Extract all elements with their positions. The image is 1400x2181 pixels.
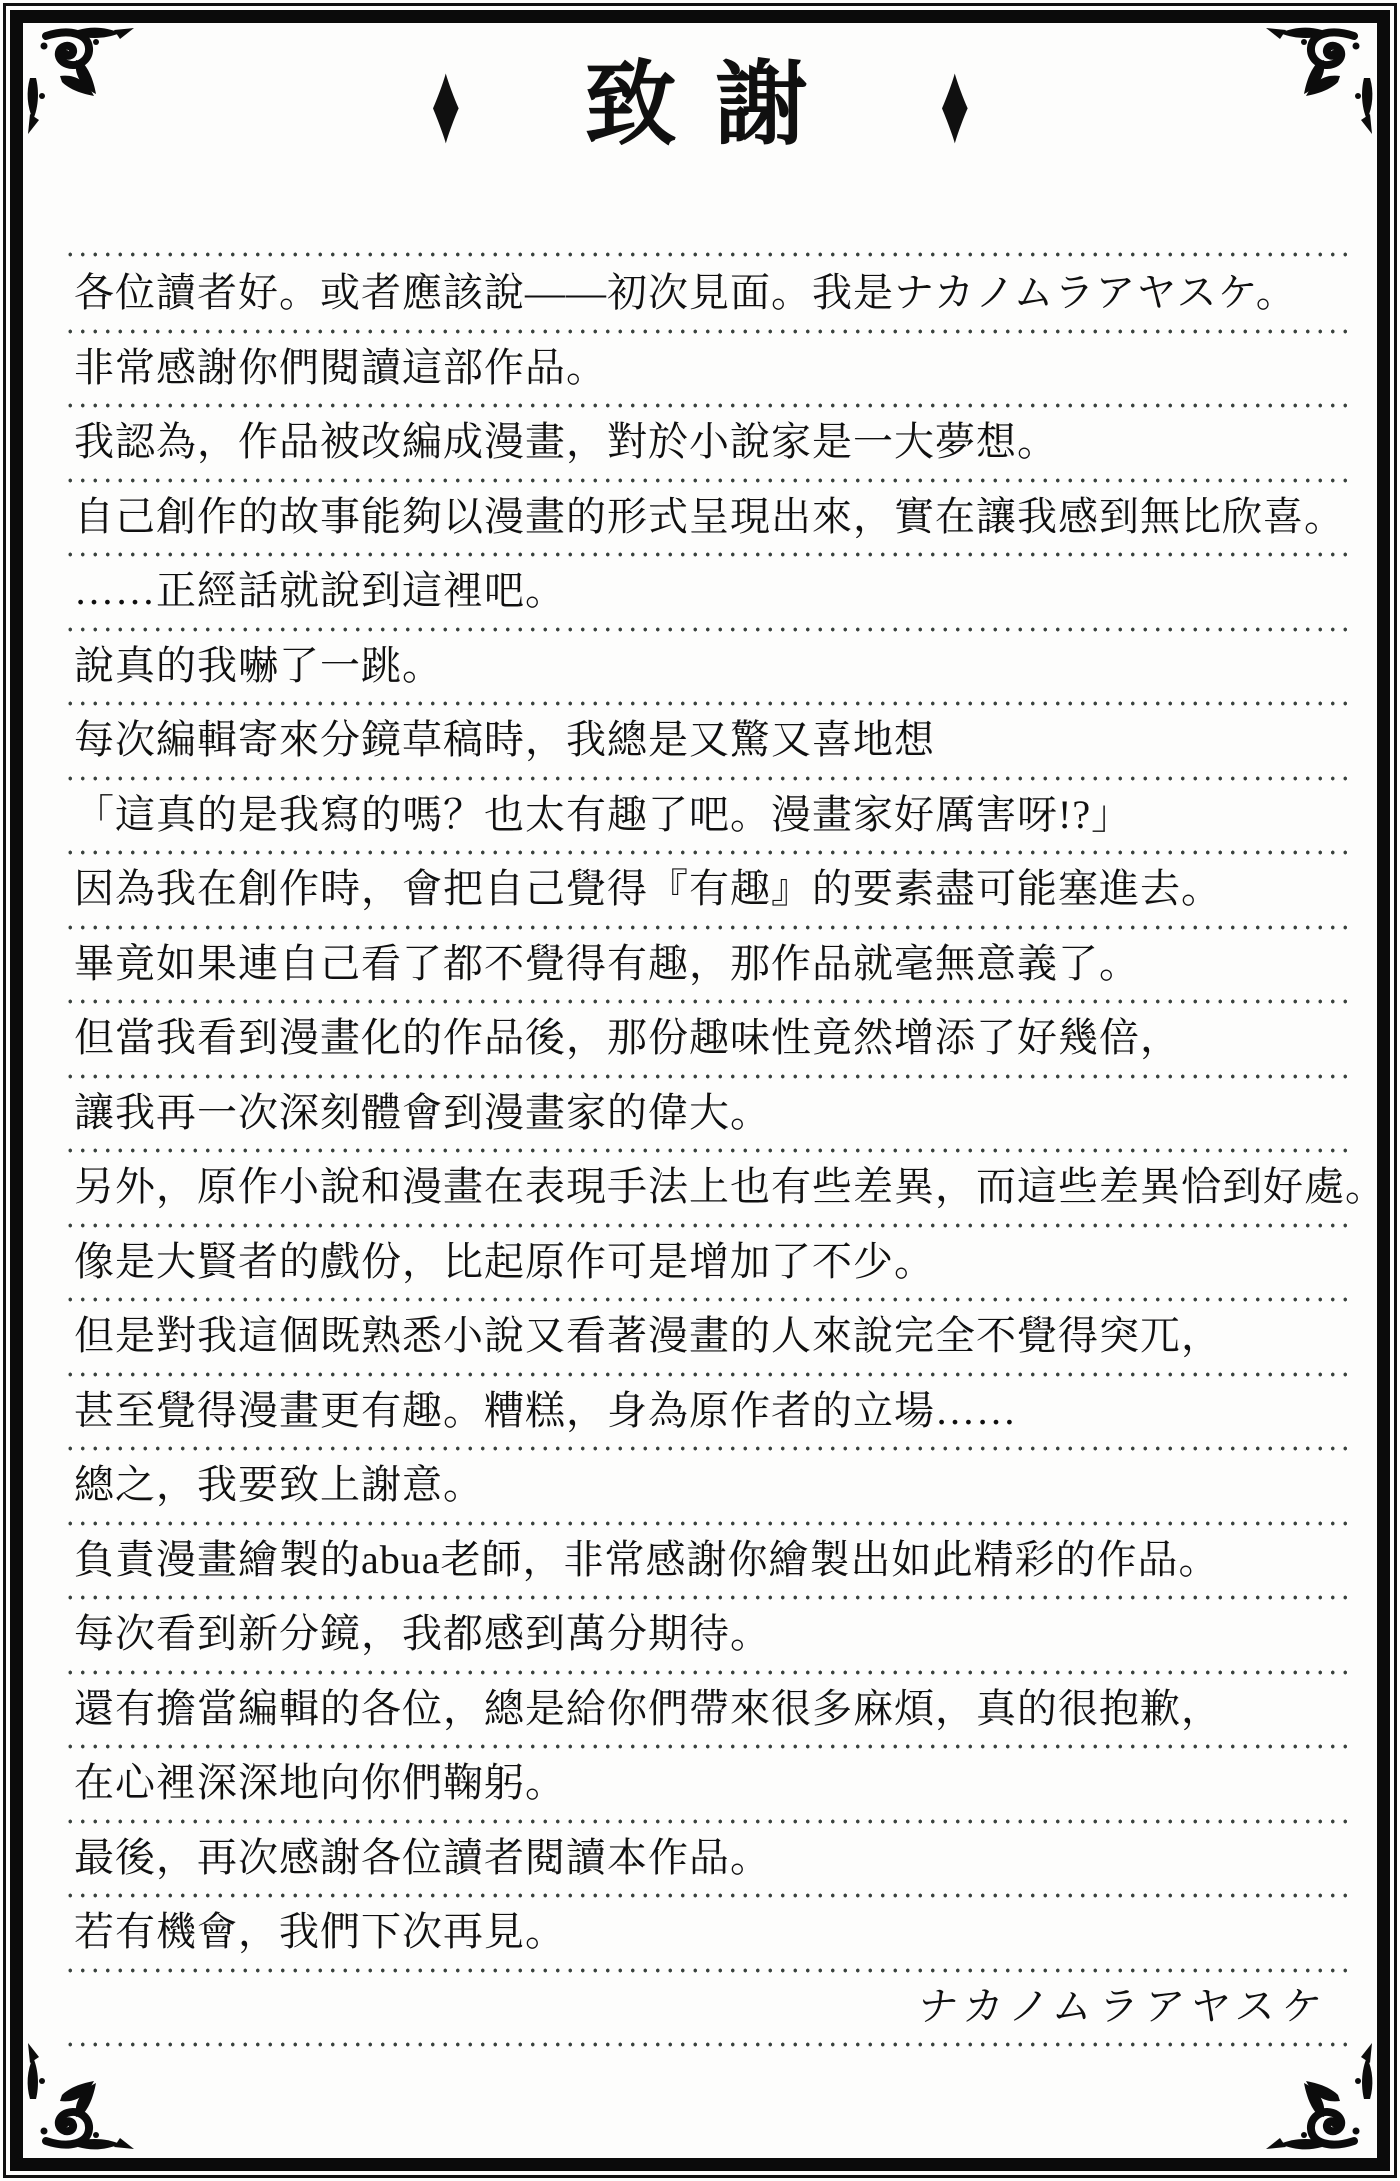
text-line: 各位讀者好。或者應該說——初次見面。我是ナカノムラアヤスケ。 [62,271,1348,315]
author-signature: ナカノムラアヤスケ [62,1985,1348,2029]
text-line-row: 還有擔當編輯的各位，總是給你們帶來很多麻煩，真的很抱歉， [62,1673,1348,1748]
book-page: ♦ 致 謝 ♦ 各位讀者好。或者應該說——初次見面。我是ナカノムラアヤスケ。 非… [0,0,1400,2181]
corner-flourish-icon [1256,2033,1374,2151]
text-line: 每次看到新分鏡，我都感到萬分期待。 [62,1612,1348,1656]
text-line: 因為我在創作時，會把自己覺得『有趣』的要素盡可能塞進去。 [62,867,1348,911]
text-line-row: 每次看到新分鏡，我都感到萬分期待。 [62,1598,1348,1673]
acknowledgment-body: 各位讀者好。或者應該說——初次見面。我是ナカノムラアヤスケ。 非常感謝你們閱讀這… [62,252,1348,2045]
text-line: 「這真的是我寫的嗎？也太有趣了吧。漫畫家好厲害呀!?」 [62,793,1348,837]
text-line-row: 甚至覺得漫畫更有趣。糟糕，身為原作者的立場…… [62,1375,1348,1450]
text-line: 非常感謝你們閱讀這部作品。 [62,346,1348,390]
text-line: 說真的我嚇了一跳。 [62,644,1348,688]
text-line-row: 每次編輯寄來分鏡草稿時，我總是又驚又喜地想 [62,704,1348,779]
text-line: 自己創作的故事能夠以漫畫的形式呈現出來，實在讓我感到無比欣喜。 [62,495,1348,539]
text-line: 最後，再次感謝各位讀者閱讀本作品。 [62,1836,1348,1880]
text-line-row: 畢竟如果連自己看了都不覺得有趣，那作品就毫無意義了。 [62,928,1348,1003]
corner-flourish-icon [26,2033,144,2151]
text-line: 但當我看到漫畫化的作品後，那份趣味性竟然增添了好幾倍， [62,1016,1348,1060]
text-line: 我認為，作品被改編成漫畫，對於小說家是一大夢想。 [62,420,1348,464]
text-line: 若有機會，我們下次再見。 [62,1910,1348,1954]
text-line-row: 最後，再次感謝各位讀者閱讀本作品。 [62,1822,1348,1897]
text-line-row: 負責漫畫繪製的abua老師，非常感謝你繪製出如此精彩的作品。 [62,1524,1348,1599]
text-line: 在心裡深深地向你們鞠躬。 [62,1761,1348,1805]
text-line: 每次編輯寄來分鏡草稿時，我總是又驚又喜地想 [62,718,1348,762]
text-line-row: 讓我再一次深刻體會到漫畫家的偉大。 [62,1077,1348,1152]
text-line-row: 若有機會，我們下次再見。 [62,1896,1348,1971]
text-line-row: 但當我看到漫畫化的作品後，那份趣味性竟然增添了好幾倍， [62,1002,1348,1077]
text-line-row: 非常感謝你們閱讀這部作品。 [62,332,1348,407]
diamond-icon: ♦ [940,47,969,162]
text-line-row: 另外，原作小說和漫畫在表現手法上也有些差異，而這些差異恰到好處。 [62,1151,1348,1226]
dotted-divider [62,2042,1348,2047]
text-line-row: 「這真的是我寫的嗎？也太有趣了吧。漫畫家好厲害呀!?」 [62,779,1348,854]
signature-row: ナカノムラアヤスケ [62,1971,1348,2046]
text-line: 總之，我要致上謝意。 [62,1463,1348,1507]
text-line: 負責漫畫繪製的abua老師，非常感謝你繪製出如此精彩的作品。 [62,1538,1348,1582]
text-line-row: 各位讀者好。或者應該說——初次見面。我是ナカノムラアヤスケ。 [62,257,1348,332]
text-line: 甚至覺得漫畫更有趣。糟糕，身為原作者的立場…… [62,1389,1348,1433]
text-line-row: 但是對我這個既熟悉小說又看著漫畫的人來說完全不覺得突兀， [62,1300,1348,1375]
text-line: ……正經話就說到這裡吧。 [62,569,1348,613]
text-line: 讓我再一次深刻體會到漫畫家的偉大。 [62,1091,1348,1135]
diamond-icon: ♦ [431,47,460,162]
text-line-row: 在心裡深深地向你們鞠躬。 [62,1747,1348,1822]
text-line-row: 說真的我嚇了一跳。 [62,630,1348,705]
title-row: ♦ 致 謝 ♦ [0,42,1400,167]
text-line-row: 總之，我要致上謝意。 [62,1449,1348,1524]
text-line: 另外，原作小說和漫畫在表現手法上也有些差異，而這些差異恰到好處。 [62,1165,1348,1209]
text-line: 畢竟如果連自己看了都不覺得有趣，那作品就毫無意義了。 [62,942,1348,986]
text-line: 像是大賢者的戲份，比起原作可是增加了不少。 [62,1240,1348,1284]
text-line: 但是對我這個既熟悉小說又看著漫畫的人來說完全不覺得突兀， [62,1314,1348,1358]
text-line-row: 我認為，作品被改編成漫畫，對於小說家是一大夢想。 [62,406,1348,481]
text-line-row: 像是大賢者的戲份，比起原作可是增加了不少。 [62,1226,1348,1301]
text-line-row: ……正經話就說到這裡吧。 [62,555,1348,630]
page-title: 致 謝 [584,59,815,151]
text-line: 還有擔當編輯的各位，總是給你們帶來很多麻煩，真的很抱歉， [62,1687,1348,1731]
text-rows: 各位讀者好。或者應該說——初次見面。我是ナカノムラアヤスケ。 非常感謝你們閱讀這… [62,257,1348,1971]
text-line-row: 自己創作的故事能夠以漫畫的形式呈現出來，實在讓我感到無比欣喜。 [62,481,1348,556]
text-line-row: 因為我在創作時，會把自己覺得『有趣』的要素盡可能塞進去。 [62,853,1348,928]
